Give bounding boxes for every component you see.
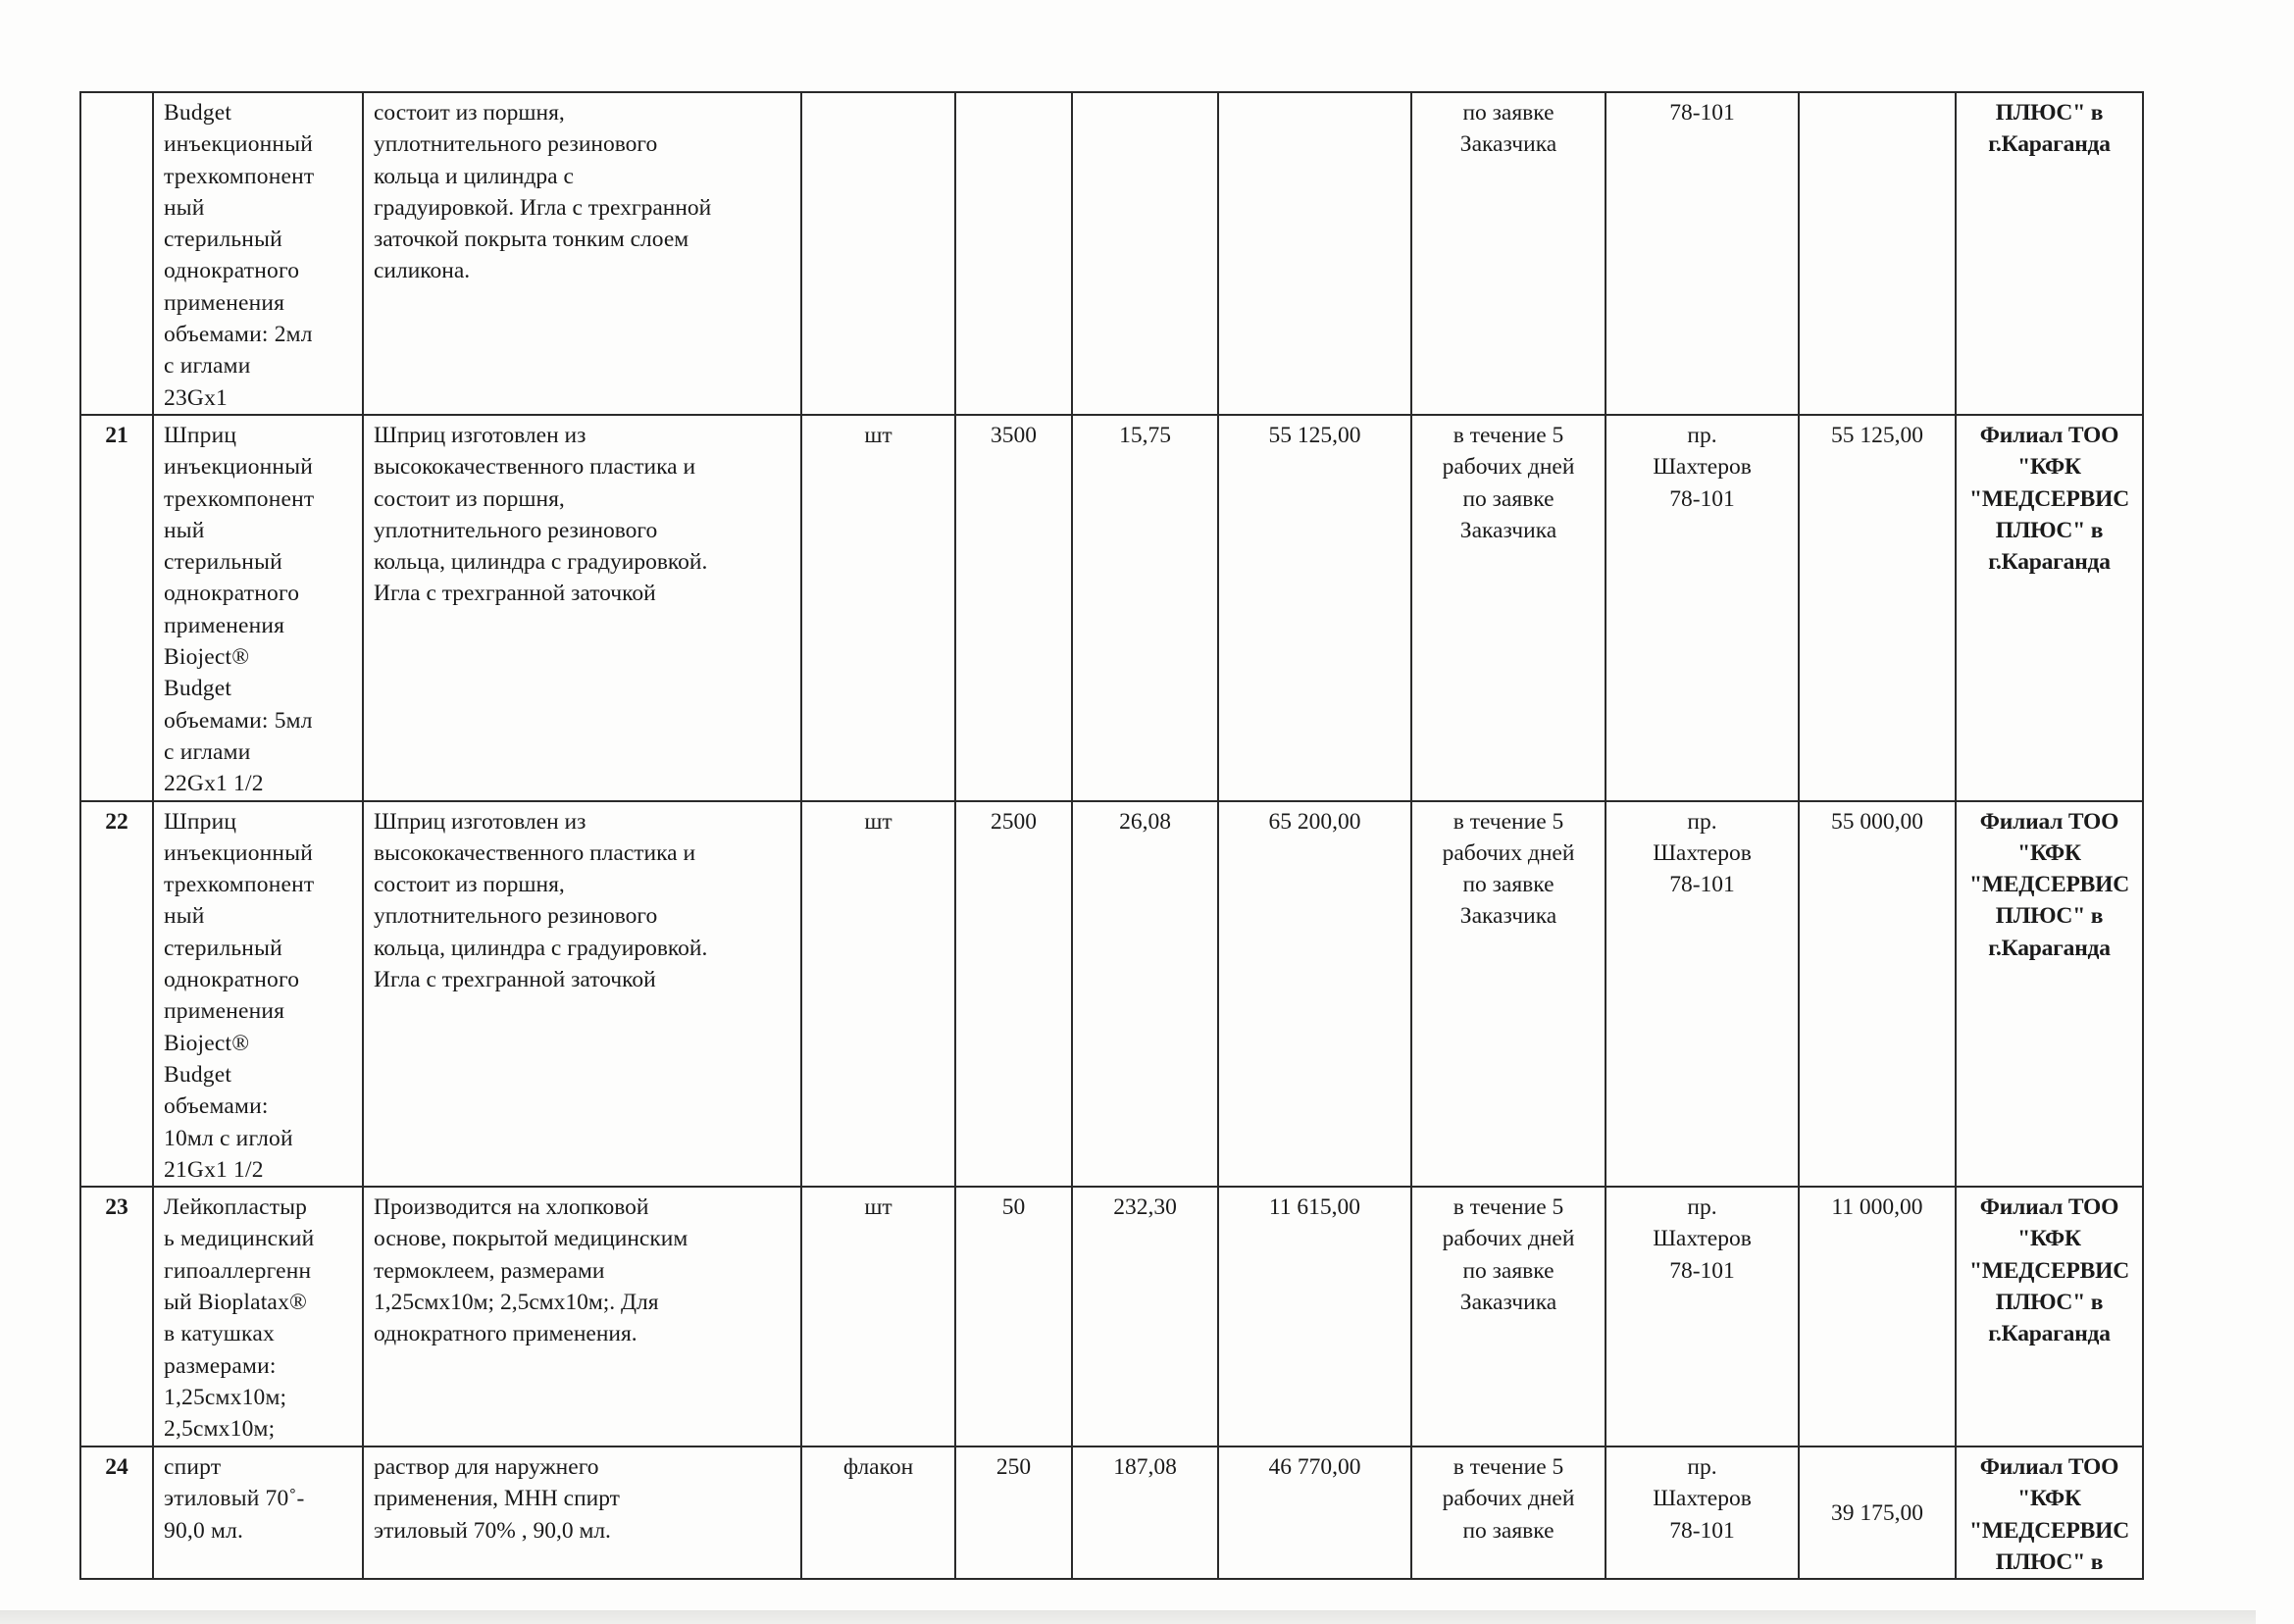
item-description-line: уплотнительного резинового [374, 900, 790, 932]
item-name-line: ый Bioplatax® [164, 1287, 352, 1318]
amount-cell [1218, 92, 1411, 415]
delivery-terms-line: рабочих дней [1422, 837, 1595, 869]
item-description-line: Игла с трехгранной заточкой [374, 578, 790, 609]
item-name-line: стерильный [164, 224, 352, 255]
item-description-line: кольца, цилиндра с градуировкой. [374, 546, 790, 578]
row-number: 23 [80, 1187, 153, 1446]
delivery-terms-line: Заказчика [1422, 128, 1595, 160]
item-name-line: объемами: 5мл [164, 705, 352, 736]
delivery-terms-line: по заявке [1422, 1515, 1595, 1547]
delivery-address: пр.Шахтеров78-101 [1606, 801, 1799, 1188]
item-name-line: однократного [164, 964, 352, 995]
item-name-line: гипоаллергенн [164, 1255, 352, 1287]
delivery-address-line: 78-101 [1616, 483, 1788, 515]
amount-cell: 55 125,00 [1218, 415, 1411, 801]
delivery-address: пр.Шахтеров78-101 [1606, 1187, 1799, 1446]
price-cell: 232,30 [1072, 1187, 1218, 1446]
delivery-terms-line: в течение 5 [1422, 1451, 1595, 1483]
item-description: Производится на хлопковойоснове, покрыто… [363, 1187, 801, 1446]
amount-cell: 65 200,00 [1218, 801, 1411, 1188]
supplier-name-line: г.Караганда [1966, 933, 2132, 964]
row-number: 24 [80, 1446, 153, 1579]
row-number: 21 [80, 415, 153, 801]
item-description-line: высококачественного пластика и [374, 837, 790, 869]
delivery-terms-line: по заявке [1422, 97, 1595, 128]
supplier-name-line: ПЛЮС" в [1966, 1287, 2132, 1318]
delivery-terms: в течение 5рабочих днейпо заявкеЗаказчик… [1411, 801, 1606, 1188]
item-description-line: применения, МНН спирт [374, 1483, 790, 1514]
scan-page-edge [0, 1610, 2256, 1624]
delivery-terms: по заявкеЗаказчика [1411, 92, 1606, 415]
supplier-name-line: ПЛЮС" в [1966, 97, 2132, 128]
unit-cell: флакон [801, 1446, 955, 1579]
delivery-terms-line: в течение 5 [1422, 420, 1595, 451]
item-name-line: ный [164, 515, 352, 546]
delivery-terms-line: в течение 5 [1422, 806, 1595, 837]
supplier-name: Филиал ТОО"КФК"МЕДСЕРВИСПЛЮС" в [1956, 1446, 2143, 1579]
item-name-line: 21Gx1 1/2 [164, 1154, 352, 1186]
supplier-name: Филиал ТОО"КФК"МЕДСЕРВИСПЛЮС" вг.Караган… [1956, 1187, 2143, 1446]
item-description-line: Игла с трехгранной заточкой [374, 964, 790, 995]
supplier-name-line: г.Караганда [1966, 128, 2132, 160]
quantity-cell: 50 [955, 1187, 1072, 1446]
item-name-line: Bioject® [164, 1028, 352, 1059]
item-description-line: уплотнительного резинового [374, 515, 790, 546]
item-description: раствор для наружнегоприменения, МНН спи… [363, 1446, 801, 1579]
table-row: Budgetинъекционныйтрехкомпонентныйстерил… [80, 92, 2143, 415]
item-name-line: 10мл с иглой [164, 1123, 352, 1154]
price-cell [1072, 92, 1218, 415]
delivery-address-line: 78-101 [1616, 97, 1788, 128]
item-name-line: 23Gx1 [164, 382, 352, 414]
item-description-line: кольца и цилиндра с [374, 161, 790, 192]
item-description-line: этиловый 70% , 90,0 мл. [374, 1515, 790, 1547]
offer-sum: 55 125,00 [1799, 415, 1956, 801]
item-name-line: размерами: [164, 1350, 352, 1382]
unit-cell: шт [801, 801, 955, 1188]
delivery-terms: в течение 5рабочих днейпо заявке [1411, 1446, 1606, 1579]
supplier-name-line: Филиал ТОО [1966, 1451, 2132, 1483]
supplier-name-line: "КФК [1966, 1483, 2132, 1514]
item-description-line: кольца, цилиндра с градуировкой. [374, 933, 790, 964]
item-description-line: Шприц изготовлен из [374, 420, 790, 451]
item-description-line: состоит из поршня, [374, 483, 790, 515]
item-description-line: заточкой покрыта тонким слоем [374, 224, 790, 255]
delivery-terms-line: рабочих дней [1422, 1483, 1595, 1514]
delivery-address-line: пр. [1616, 420, 1788, 451]
table-row: 23Лейкопластырь медицинскийгипоаллергенн… [80, 1187, 2143, 1446]
offer-sum [1799, 92, 1956, 415]
supplier-name-line: ПЛЮС" в [1966, 515, 2132, 546]
quantity-cell [955, 92, 1072, 415]
table-row: 22Шприцинъекционныйтрехкомпонентныйстери… [80, 801, 2143, 1188]
item-name-line: 1,25смх10м; [164, 1382, 352, 1413]
supplier-name-line: г.Караганда [1966, 546, 2132, 578]
supplier-name-line: Филиал ТОО [1966, 1192, 2132, 1223]
item-name-line: объемами: 2мл [164, 319, 352, 350]
supplier-name: Филиал ТОО"КФК"МЕДСЕРВИСПЛЮС" вг.Караган… [1956, 415, 2143, 801]
supplier-name-line: Филиал ТОО [1966, 806, 2132, 837]
delivery-terms-line: Заказчика [1422, 1287, 1595, 1318]
delivery-terms: в течение 5рабочих днейпо заявкеЗаказчик… [1411, 1187, 1606, 1446]
item-name-line: однократного [164, 578, 352, 609]
price-cell: 187,08 [1072, 1446, 1218, 1579]
offer-sum: 39 175,00 [1799, 1446, 1956, 1579]
unit-cell [801, 92, 955, 415]
delivery-terms: в течение 5рабочих днейпо заявкеЗаказчик… [1411, 415, 1606, 801]
item-name-line: 2,5смх10м; [164, 1413, 352, 1445]
procurement-table: Budgetинъекционныйтрехкомпонентныйстерил… [79, 91, 2144, 1580]
item-description-line: 1,25смх10м; 2,5смх10м;. Для [374, 1287, 790, 1318]
unit-cell: шт [801, 415, 955, 801]
item-name-line: с иглами [164, 736, 352, 768]
item-name-line: в катушках [164, 1318, 352, 1349]
item-name-line: Шприц [164, 806, 352, 837]
quantity-cell: 250 [955, 1446, 1072, 1579]
item-description-line: силикона. [374, 255, 790, 286]
item-name-line: Budget [164, 673, 352, 704]
supplier-name: ПЛЮС" вг.Караганда [1956, 92, 2143, 415]
delivery-address-line: пр. [1616, 806, 1788, 837]
supplier-name-line: ПЛЮС" в [1966, 1547, 2132, 1578]
item-name-line: стерильный [164, 546, 352, 578]
delivery-terms-line: по заявке [1422, 1255, 1595, 1287]
item-name-line: 22Gx1 1/2 [164, 768, 352, 799]
item-name-line: этиловый 70˚- [164, 1483, 352, 1514]
item-name: Шприцинъекционныйтрехкомпонентныйстериль… [153, 801, 363, 1188]
item-name-line: Лейкопластыр [164, 1192, 352, 1223]
delivery-terms-line: рабочих дней [1422, 451, 1595, 482]
delivery-terms-line: рабочих дней [1422, 1223, 1595, 1254]
item-name-line: применения [164, 610, 352, 641]
item-name: Budgetинъекционныйтрехкомпонентныйстерил… [153, 92, 363, 415]
delivery-address-line: 78-101 [1616, 1255, 1788, 1287]
item-description: состоит из поршня,уплотнительного резино… [363, 92, 801, 415]
offer-sum: 11 000,00 [1799, 1187, 1956, 1446]
item-name-line: инъекционный [164, 837, 352, 869]
item-name-line: Bioject® [164, 641, 352, 673]
delivery-terms-line: в течение 5 [1422, 1192, 1595, 1223]
supplier-name-line: ПЛЮС" в [1966, 900, 2132, 932]
price-cell: 26,08 [1072, 801, 1218, 1188]
delivery-address-line: Шахтеров [1616, 1223, 1788, 1254]
row-number [80, 92, 153, 415]
item-name: Шприцинъекционныйтрехкомпонентныйстериль… [153, 415, 363, 801]
delivery-terms-line: Заказчика [1422, 515, 1595, 546]
delivery-terms-line: по заявке [1422, 483, 1595, 515]
delivery-address: 78-101 [1606, 92, 1799, 415]
item-name: спиртэтиловый 70˚-90,0 мл. [153, 1446, 363, 1579]
quantity-cell: 3500 [955, 415, 1072, 801]
supplier-name-line: "КФК [1966, 837, 2132, 869]
delivery-address-line: пр. [1616, 1451, 1788, 1483]
item-description-line: однократного применения. [374, 1318, 790, 1349]
item-description: Шприц изготовлен извысококачественного п… [363, 801, 801, 1188]
item-name-line: инъекционный [164, 128, 352, 160]
item-description-line: основе, покрытой медицинским [374, 1223, 790, 1254]
delivery-address-line: Шахтеров [1616, 1483, 1788, 1514]
supplier-name-line: г.Караганда [1966, 1318, 2132, 1349]
row-number: 22 [80, 801, 153, 1188]
item-name-line: с иглами [164, 350, 352, 381]
item-name-line: Budget [164, 97, 352, 128]
item-name-line: ный [164, 192, 352, 224]
item-name-line: однократного [164, 255, 352, 286]
supplier-name-line: "МЕДСЕРВИС [1966, 1255, 2132, 1287]
delivery-address-line: пр. [1616, 1192, 1788, 1223]
item-name-line: ный [164, 900, 352, 932]
supplier-name-line: "МЕДСЕРВИС [1966, 1515, 2132, 1547]
item-name-line: стерильный [164, 933, 352, 964]
table-row: 24спиртэтиловый 70˚-90,0 мл.раствор для … [80, 1446, 2143, 1579]
delivery-address-line: 78-101 [1616, 869, 1788, 900]
delivery-address-line: Шахтеров [1616, 837, 1788, 869]
delivery-address: пр.Шахтеров78-101 [1606, 415, 1799, 801]
item-name-line: трехкомпонент [164, 869, 352, 900]
item-name-line: применения [164, 287, 352, 319]
item-description-line: термоклеем, размерами [374, 1255, 790, 1287]
delivery-address-line: Шахтеров [1616, 451, 1788, 482]
delivery-terms-line: Заказчика [1422, 900, 1595, 932]
supplier-name-line: "МЕДСЕРВИС [1966, 483, 2132, 515]
item-name-line: объемами: [164, 1091, 352, 1122]
item-name-line: инъекционный [164, 451, 352, 482]
item-description: Шприц изготовлен извысококачественного п… [363, 415, 801, 801]
supplier-name-line: "МЕДСЕРВИС [1966, 869, 2132, 900]
item-description-line: состоит из поршня, [374, 97, 790, 128]
item-name: Лейкопластырь медицинскийгипоаллергенный… [153, 1187, 363, 1446]
item-description-line: уплотнительного резинового [374, 128, 790, 160]
amount-cell: 11 615,00 [1218, 1187, 1411, 1446]
delivery-address-line: 78-101 [1616, 1515, 1788, 1547]
item-name-line: Budget [164, 1059, 352, 1091]
item-description-line: Шприц изготовлен из [374, 806, 790, 837]
item-name-line: ь медицинский [164, 1223, 352, 1254]
supplier-name-line: "КФК [1966, 1223, 2132, 1254]
amount-cell: 46 770,00 [1218, 1446, 1411, 1579]
unit-cell: шт [801, 1187, 955, 1446]
supplier-name: Филиал ТОО"КФК"МЕДСЕРВИСПЛЮС" вг.Караган… [1956, 801, 2143, 1188]
quantity-cell: 2500 [955, 801, 1072, 1188]
offer-sum: 55 000,00 [1799, 801, 1956, 1188]
item-name-line: спирт [164, 1451, 352, 1483]
item-name-line: 90,0 мл. [164, 1515, 352, 1547]
item-description-line: градуировкой. Игла с трехгранной [374, 192, 790, 224]
delivery-terms-line: по заявке [1422, 869, 1595, 900]
item-description-line: высококачественного пластика и [374, 451, 790, 482]
item-name-line: Шприц [164, 420, 352, 451]
item-name-line: трехкомпонент [164, 483, 352, 515]
price-cell: 15,75 [1072, 415, 1218, 801]
item-description-line: состоит из поршня, [374, 869, 790, 900]
supplier-name-line: Филиал ТОО [1966, 420, 2132, 451]
supplier-name-line: "КФК [1966, 451, 2132, 482]
item-description-line: Производится на хлопковой [374, 1192, 790, 1223]
item-description-line: раствор для наружнего [374, 1451, 790, 1483]
item-name-line: применения [164, 995, 352, 1027]
delivery-address: пр.Шахтеров78-101 [1606, 1446, 1799, 1579]
item-name-line: трехкомпонент [164, 161, 352, 192]
table-row: 21Шприцинъекционныйтрехкомпонентныйстери… [80, 415, 2143, 801]
